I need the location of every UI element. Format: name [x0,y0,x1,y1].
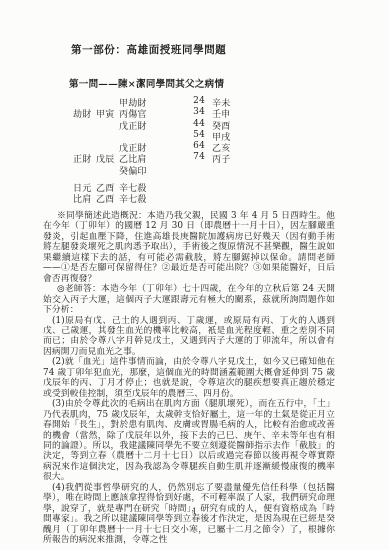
ten-god-label: 比肩 [73,192,91,205]
chart-row: 戊正財 44 癸酉 [73,119,243,130]
luck-age: 44 [191,119,205,129]
chart-row: 正財 戊辰 乙比肩 74 丙子 [73,152,243,163]
hidden-stem: 癸偏印 [119,164,147,177]
luck-age: 24 [191,96,205,106]
luck-age: 74 [191,152,205,162]
chart-row: 日元 乙酉 辛七殺 [73,181,243,192]
chart-row: 比肩 乙酉 辛七殺 [73,192,243,203]
student-question-paragraph: ※同學簡述此造概況：本造乃我父親，民國 3 年 4 月 5 日酉時生。他在今年（… [43,211,335,284]
luck-age: 64 [191,141,205,151]
chart-row: 癸偏印 [73,164,243,175]
analysis-point-3: (3)由於令尊此次的毛病出在肌肉方面（腿肌壞死），而在五行中，「土」乃代表肌肉，… [43,399,335,483]
page-number: 1 [0,507,389,516]
bazi-chart: 甲劫財 24 辛未 劫財 甲寅 丙傷官 34 壬申 戊正財 44 癸酉 54 甲… [73,96,243,204]
teacher-answer-intro: ◎老師答：本造今年（丁卯年）七十四歲，在今年的立秋后第 24 天開始交入丙子大運… [43,284,335,315]
chart-row: 劫財 甲寅 丙傷官 34 壬申 [73,107,243,118]
chart-row: 54 甲戌 [73,130,243,141]
analysis-point-2: (2)就「血光」這件事情而論，由於令尊八字見戊土，如今又已確知他在 74 歲丁卯… [43,357,335,399]
section-title: 第一部份：高雄面授班同學問題 [71,42,226,57]
analysis-point-1: (1)原局有戊、己土的人遇到丙、丁歲運，或原局有丙、丁火的人遇到戊、己歲運，其發… [43,316,335,358]
body-text: ※同學簡述此造概況：本造乃我父親，民國 3 年 4 月 5 日酉時生。他在今年（… [43,211,335,546]
question-title: 第一問——陳×潔同學問其父之病情 [69,76,224,90]
chart-row: 戊正財 64 乙亥 [73,141,243,152]
pillar-ganzhi: 乙酉 [96,192,114,205]
luck-age: 54 [191,130,205,140]
hidden-stem: 辛七殺 [119,192,147,205]
luck-age: 34 [191,107,205,117]
chart-row: 甲劫財 24 辛未 [73,96,243,107]
document-page: 第一部份：高雄面授班同學問題 第一問——陳×潔同學問其父之病情 甲劫財 24 辛… [0,0,389,550]
